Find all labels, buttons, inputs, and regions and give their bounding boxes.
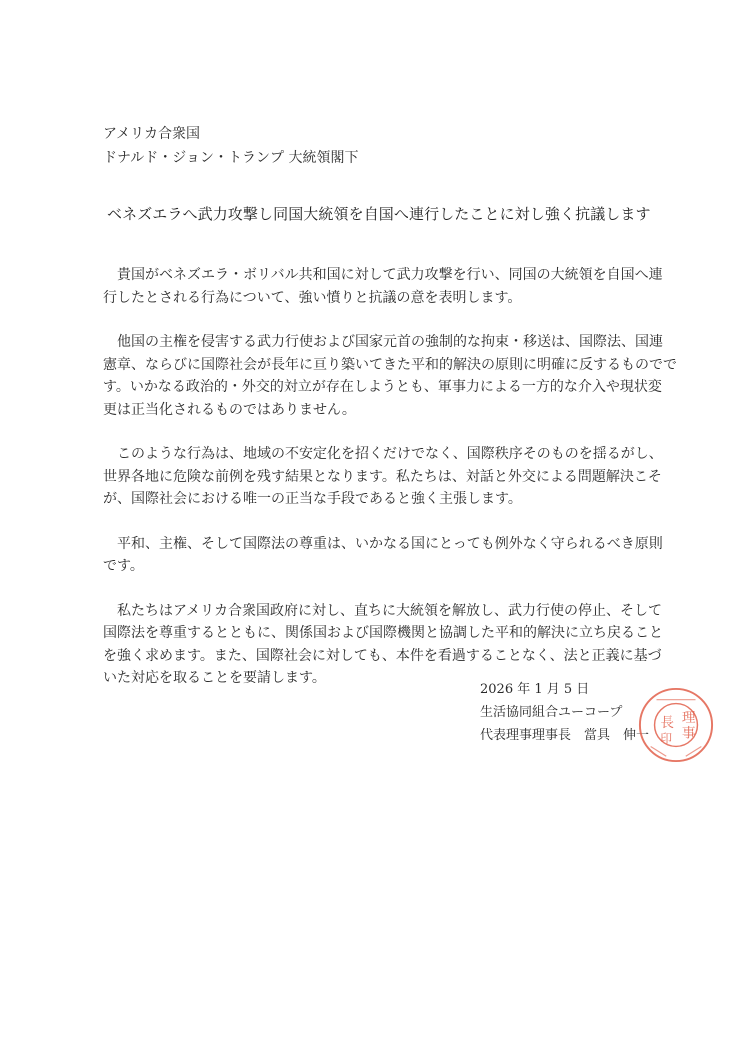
text-line: 国際法を尊重するとともに、関係国および国際機関と協調した平和的解決に立ち戻ること xyxy=(103,622,663,645)
text-line: 行したとされる行為について、強い憤りと抗議の意を表明します。 xyxy=(103,287,663,310)
addressee-recipient: ドナルド・ジョン・トランプ 大統領閣下 xyxy=(103,146,358,170)
text-line: 貴国がベネズエラ・ボリバル共和国に対して武力攻撃を行い、同国の大統領を自国へ連 xyxy=(103,264,663,287)
text-line: す。いかなる政治的・外交的対立が存在しようとも、軍事力による一方的な介入や現状変 xyxy=(103,376,663,399)
paragraph: 平和、主権、そして国際法の尊重は、いかなる国にとっても例外なく守られるべき原則 … xyxy=(103,533,663,578)
text-line: が、国際社会における唯一の正当な手段であると強く主張します。 xyxy=(103,488,663,511)
paragraph: 他国の主権を侵害する武力行使および国家元首の強制的な拘束・移送は、国際法、国連 … xyxy=(103,331,663,421)
signature-organization: 生活協同組合ユーコープ xyxy=(480,701,649,724)
text-line: 更は正当化されるものではありません。 xyxy=(103,399,663,422)
letter-body: 貴国がベネズエラ・ボリバル共和国に対して武力攻撃を行い、同国の大統領を自国へ連 … xyxy=(103,264,663,712)
text-line: 平和、主権、そして国際法の尊重は、いかなる国にとっても例外なく守られるべき原則 xyxy=(103,533,663,556)
text-line: 私たちはアメリカ合衆国政府に対し、直ちに大統領を解放し、武力行使の停止、そして xyxy=(103,600,663,623)
text-line: 他国の主権を侵害する武力行使および国家元首の強制的な拘束・移送は、国際法、国連 xyxy=(103,331,663,354)
svg-text:長: 長 xyxy=(660,715,674,731)
signature-block: 2026 年 1 月 5 日 生活協同組合ユーコープ 代表理事理事長 當具 伸一 xyxy=(480,678,649,747)
text-line: を強く求めます。また、国際社会に対しても、本件を看過することなく、法と正義に基づ xyxy=(103,645,663,668)
svg-text:印: 印 xyxy=(660,732,672,746)
svg-text:理: 理 xyxy=(682,710,696,726)
official-seal-icon: 理 事 長 印 xyxy=(637,686,715,764)
addressee-block: アメリカ合衆国 ドナルド・ジョン・トランプ 大統領閣下 xyxy=(103,122,358,170)
text-line: 世界各地に危険な前例を残す結果となります。私たちは、対話と外交による問題解決こそ xyxy=(103,466,663,489)
addressee-country: アメリカ合衆国 xyxy=(103,122,358,146)
paragraph: 私たちはアメリカ合衆国政府に対し、直ちに大統領を解放し、武力行使の停止、そして … xyxy=(103,600,663,690)
paragraph: 貴国がベネズエラ・ボリバル共和国に対して武力攻撃を行い、同国の大統領を自国へ連 … xyxy=(103,264,663,309)
signature-signer: 代表理事理事長 當具 伸一 xyxy=(480,724,649,747)
svg-text:事: 事 xyxy=(682,725,696,742)
text-line: です。 xyxy=(103,555,663,578)
letter-title: ベネズエラへ武力攻撃し同国大統領を自国へ連行したことに対し強く抗議します xyxy=(107,203,651,224)
signature-date: 2026 年 1 月 5 日 xyxy=(480,678,649,701)
paragraph: このような行為は、地域の不安定化を招くだけでなく、国際秩序そのものを揺るがし、 … xyxy=(103,443,663,511)
text-line: このような行為は、地域の不安定化を招くだけでなく、国際秩序そのものを揺るがし、 xyxy=(103,443,663,466)
text-line: 憲章、ならびに国際社会が長年に亘り築いてきた平和的解決の原則に明確に反するもので… xyxy=(103,354,663,377)
